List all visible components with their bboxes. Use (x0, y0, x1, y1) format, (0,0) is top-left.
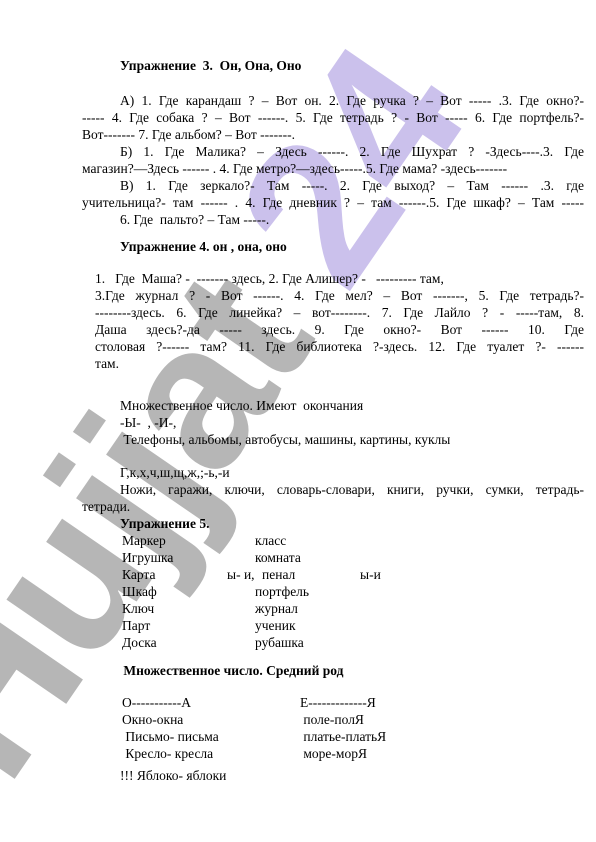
neuter-pair-left: Окно-окна (122, 711, 300, 728)
plural-endings: -Ы- , -И-, (82, 414, 584, 431)
neuter-pair-right: платье-платьЯ (300, 728, 386, 745)
ex5-word-left: Парт (122, 617, 255, 634)
ex3-paragraph-b-line1: Б) 1. Где Малика? – Здесь ------. 2. Где… (82, 143, 584, 160)
ex5-word-right: журнал (255, 600, 298, 617)
ex5-endings-right: ы-и (360, 566, 381, 583)
neuter-pattern-left: О-----------А (122, 694, 300, 711)
neuter-pair-right: море-морЯ (300, 745, 367, 762)
document-page: Hujjat 24 Упражнение 3. Он, Она, Оно А) … (0, 0, 596, 842)
ex5-word-left: Карта (122, 566, 227, 583)
plural-examples2-line2: тетради. (82, 498, 584, 515)
plural-examples: Телефоны, альбомы, автобусы, машины, кар… (82, 431, 584, 448)
ex5-title: Упражнение 5. (82, 515, 584, 532)
ex4-line1: 1. Где Маша? - ------- здесь, 2. Где Али… (95, 270, 584, 287)
ex5-word-right: комната (255, 549, 301, 566)
ex3-paragraph-v-line3: 6. Где пальто? – Там -----. (82, 211, 584, 228)
plural-letters: Г,к,х,ч,ш,щ,ж,;-ь,-и (82, 464, 584, 481)
ex5-word-row: Парт ученик (82, 617, 584, 634)
neuter-pair-right: поле-полЯ (300, 711, 364, 728)
ex3-title: Упражнение 3. Он, Она, Оно (82, 57, 584, 74)
ex5-word-row: Ключ журнал (82, 600, 584, 617)
ex4-title: Упражнение 4. он , она, оно (82, 238, 584, 255)
ex3-paragraph-a-line1: А) 1. Где карандаш ? – Вот он. 2. Где ру… (82, 92, 584, 109)
ex3-paragraph-b-line2: магазин?—Здесь ------ . 4. Где метро?—зд… (82, 160, 584, 177)
neuter-pattern-right: Е-------------Я (300, 694, 376, 711)
ex5-word-right: рубашка (255, 634, 304, 651)
ex4-line2: 3.Где журнал ? - Вот ------. 4. Где мел?… (95, 287, 584, 304)
ex5-word-right: ученик (255, 617, 296, 634)
plural-examples2-line1: Ножи, гаражи, ключи, словарь-словари, кн… (82, 481, 584, 498)
ex5-word-left: Ключ (122, 600, 255, 617)
ex5-word-left: Доска (122, 634, 255, 651)
ex4-line5: столовая ?------ там? 11. Где библиотека… (95, 338, 584, 355)
neuter-row: Письмо- письма платье-платьЯ (82, 728, 584, 745)
ex3-paragraph-v-line1: В) 1. Где зеркало?- Там -----. 2. Где вы… (82, 177, 584, 194)
ex4-line3: --------здесь. 6. Где линейка? – вот----… (95, 304, 584, 321)
ex5-word-row: Маркер класс (82, 532, 584, 549)
ex3-paragraph-a-line3: Вот------- 7. Где альбом? – Вот -------. (82, 126, 584, 143)
ex5-word-right: пенал (262, 566, 360, 583)
ex5-word-right: портфель (255, 583, 309, 600)
ex5-word-right: класс (255, 532, 286, 549)
ex4-line6: там. (95, 355, 584, 372)
ex4-paragraph: 1. Где Маша? - ------- здесь, 2. Где Али… (95, 270, 584, 372)
ex4-line4: Даша здесь?-да ----- здесь. 9. Где окно?… (95, 321, 584, 338)
ex3-paragraph-a-line2: ----- 4. Где собака ? – Вот ------. 5. Г… (82, 109, 584, 126)
neuter-pair-left: Письмо- письма (122, 728, 300, 745)
neuter-title: Множественное число. Средний род (82, 662, 584, 679)
ex5-word-row: Доска рубашка (82, 634, 584, 651)
plural-heading: Множественное число. Имеют окончания (82, 397, 584, 414)
neuter-row: Окно-окна поле-полЯ (82, 711, 584, 728)
ex5-word-row: Шкаф портфель (82, 583, 584, 600)
ex5-word-row: Игрушка комната (82, 549, 584, 566)
neuter-row: Кресло- кресла море-морЯ (82, 745, 584, 762)
neuter-row: О-----------А Е-------------Я (82, 694, 584, 711)
ex5-endings-left: ы- и, (227, 566, 262, 583)
ex5-word-left: Маркер (122, 532, 255, 549)
neuter-note: !!! Яблоко- яблоки (82, 767, 584, 784)
document-content: Упражнение 3. Он, Она, Оно А) 1. Где кар… (82, 57, 584, 784)
ex3-paragraph-v-line2: учительница?- там ------ . 4. Где дневни… (82, 194, 584, 211)
neuter-pair-left: Кресло- кресла (122, 745, 300, 762)
ex5-word-left: Шкаф (122, 583, 255, 600)
ex5-word-left: Игрушка (122, 549, 255, 566)
ex5-word-row: Карта ы- и, пенал ы-и (82, 566, 584, 583)
